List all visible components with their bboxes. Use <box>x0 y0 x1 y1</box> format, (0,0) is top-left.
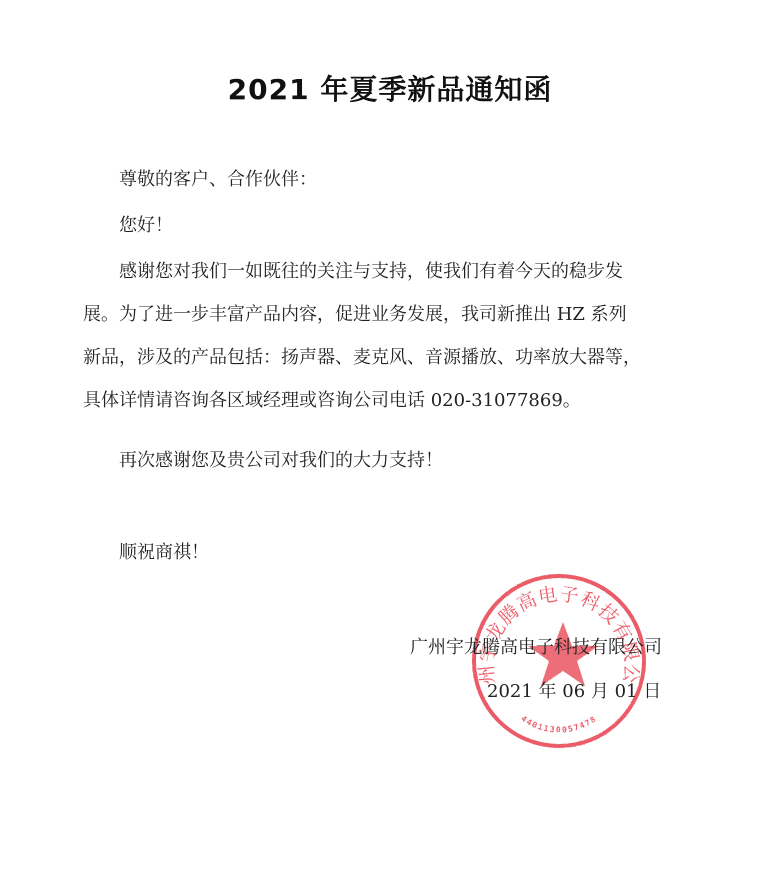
document-title: 2021 年夏季新品通知函 <box>0 70 780 110</box>
closing-line: 顺祝商祺！ <box>119 541 209 565</box>
notice-letter-page: 2021 年夏季新品通知函 尊敬的客户、合作伙伴： 您好！ 感谢您对我们一如既往… <box>0 0 780 887</box>
signature-date: 2021 年 06 月 01 日 <box>487 680 661 704</box>
thanks-line: 再次感谢您及贵公司对我们的大力支持！ <box>119 449 443 473</box>
body-line-2: 展。为了进一步丰富产品内容，促进业务发展，我司新推出 HZ 系列 <box>83 303 627 327</box>
body-line-1: 感谢您对我们一如既往的关注与支持，使我们有着今天的稳步发 <box>119 260 623 284</box>
company-seal-stamp: 广州宇龙腾高电子科技有限公司 4401130057478 <box>470 572 648 750</box>
body-line-3: 新品，涉及的产品包括：扬声器、麦克风、音源播放、功率放大器等， <box>83 346 641 370</box>
greeting: 您好！ <box>119 214 173 238</box>
body-line-4: 具体详情请咨询各区域经理或咨询公司电话 020-31077869。 <box>83 389 581 413</box>
svg-text:4401130057478: 4401130057478 <box>519 714 598 735</box>
signature-company: 广州宇龙腾高电子科技有限公司 <box>410 636 662 660</box>
salutation: 尊敬的客户、合作伙伴： <box>119 168 317 192</box>
